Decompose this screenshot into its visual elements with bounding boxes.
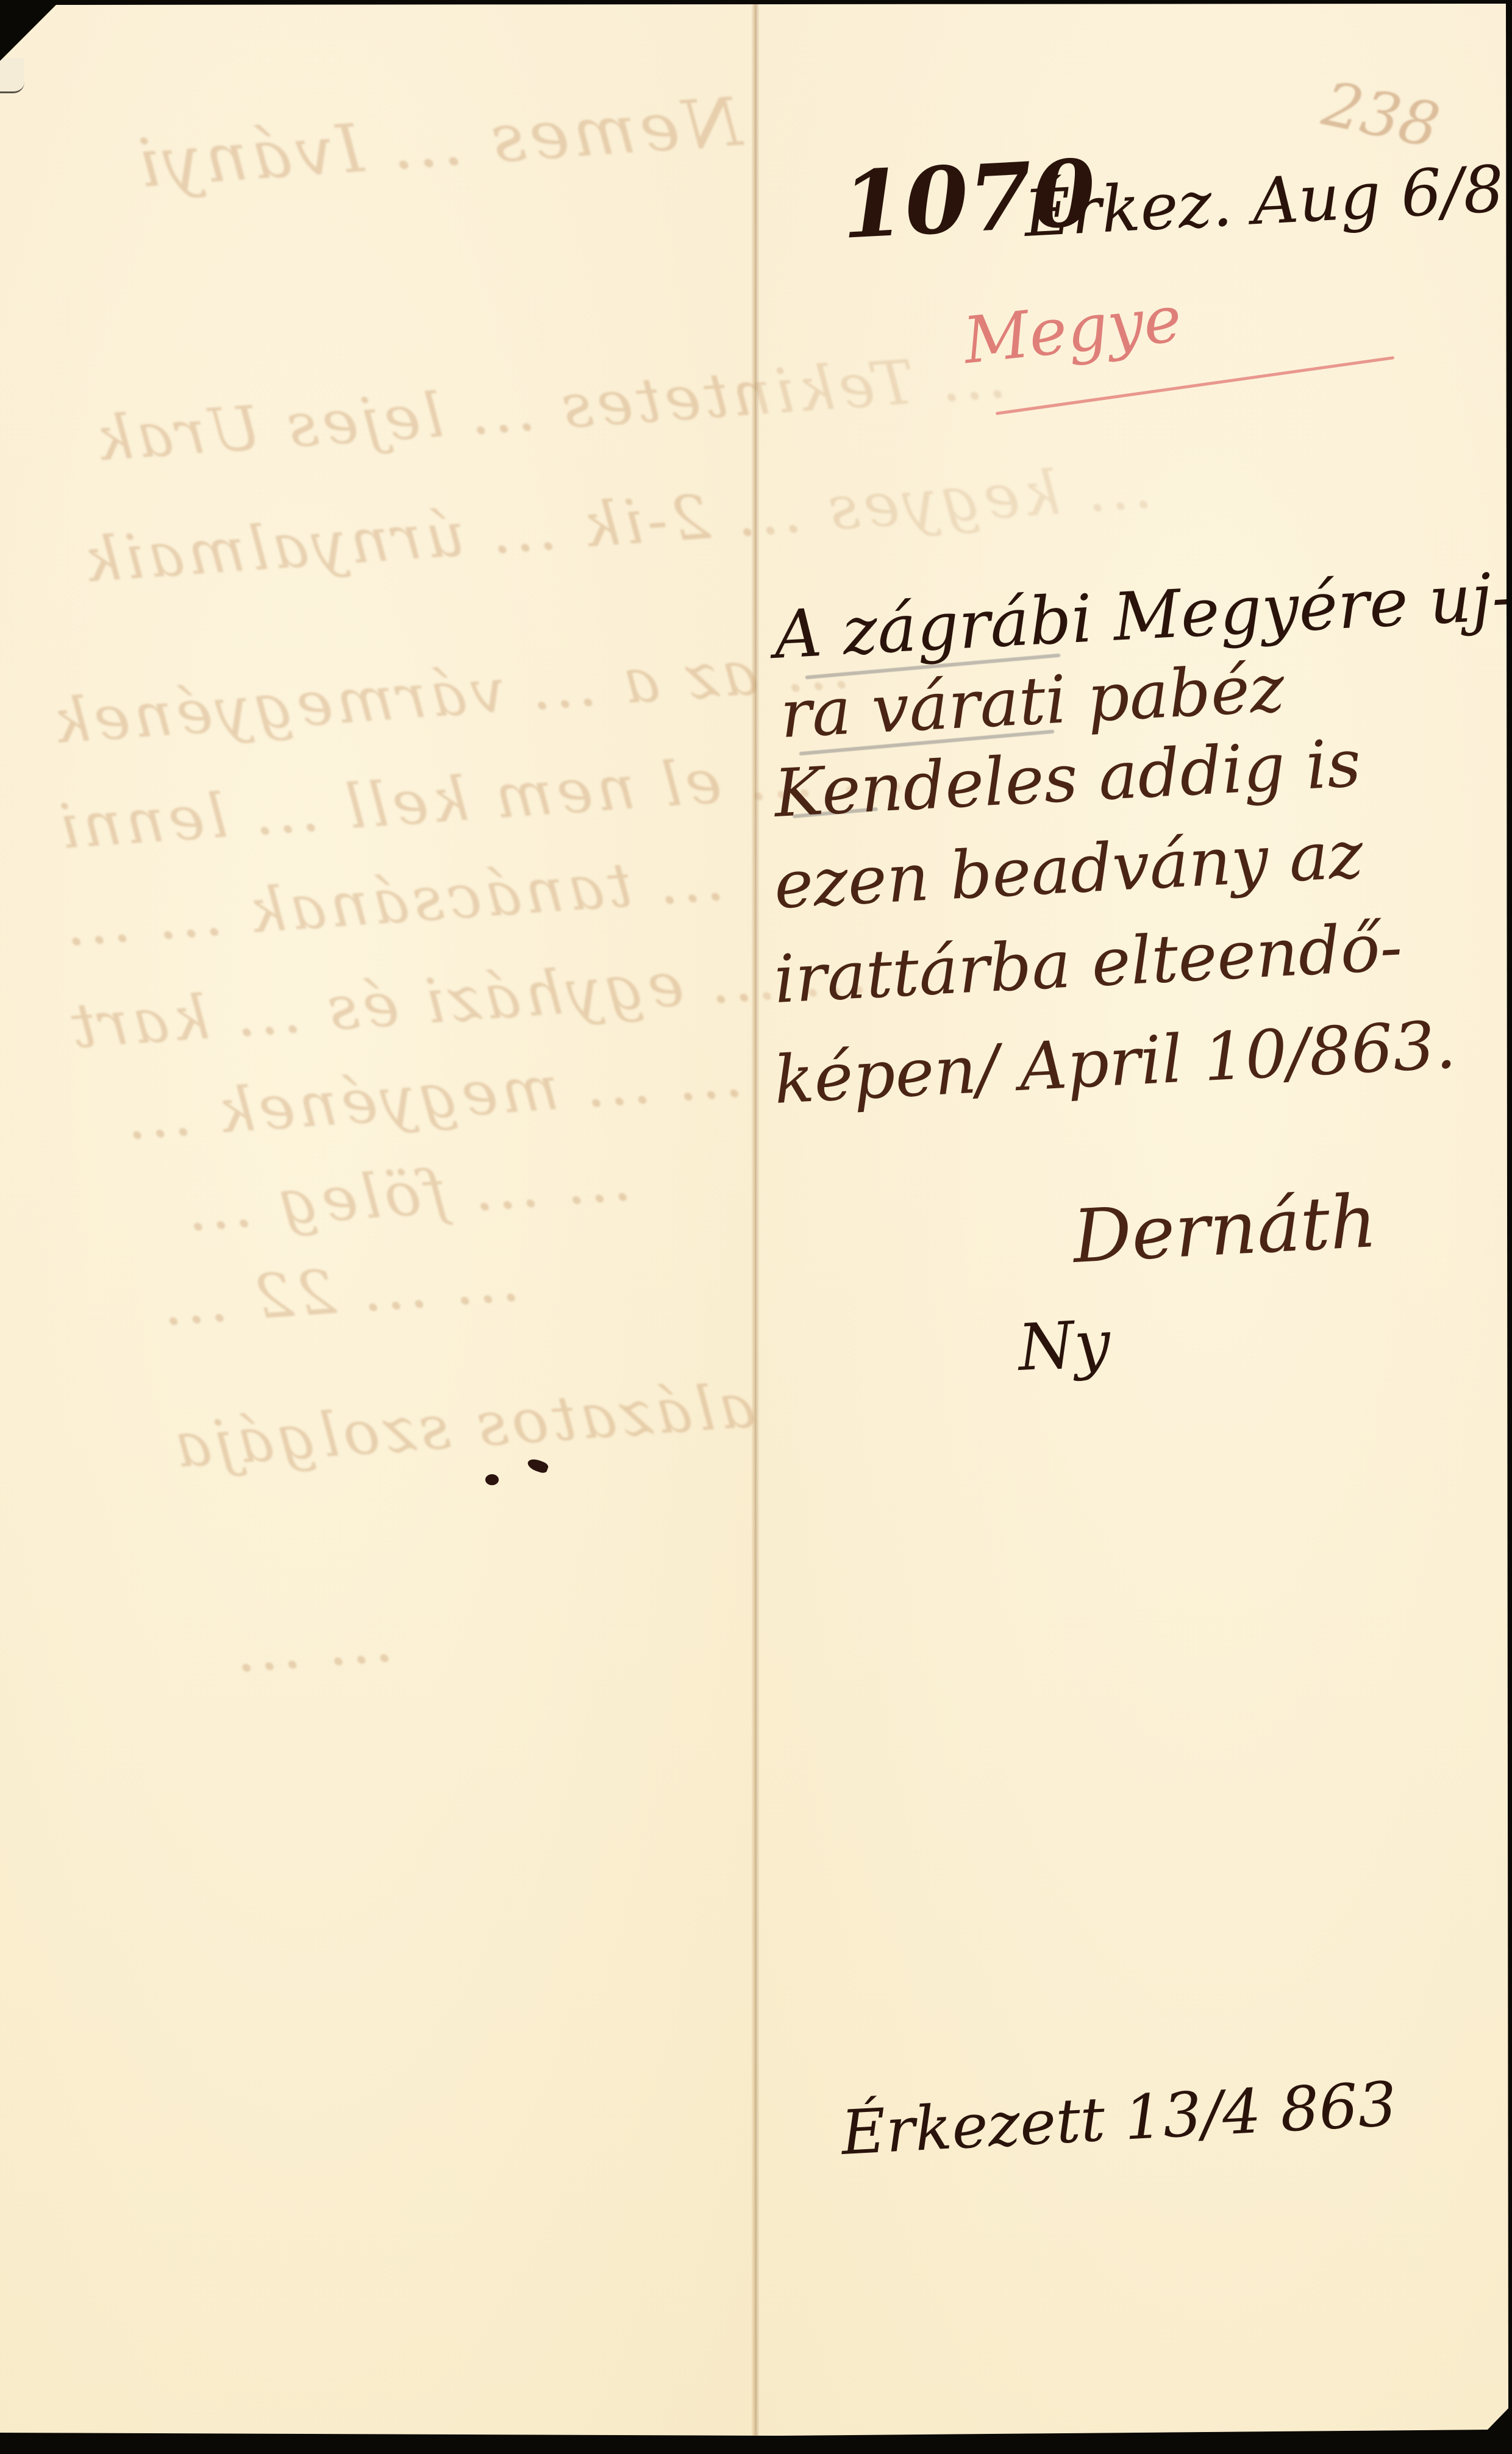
bleed-line: ... az a ... vármegyének bbox=[48, 630, 853, 757]
bleed-line: ... tanácsának ... ... bbox=[59, 843, 726, 960]
ink-blot bbox=[526, 1457, 549, 1475]
bleed-line: ... ... megyének ... bbox=[120, 1040, 745, 1154]
bleed-line: ... ... egyházi és ... kart bbox=[66, 935, 870, 1062]
archive-number-faint: 238 bbox=[1317, 68, 1446, 162]
bleed-line: ... ... bbox=[229, 1604, 395, 1686]
resolution-line-1: A zágrábi Megyére uj- bbox=[772, 559, 1512, 674]
resolution-line-6: képen/ April 10/863. bbox=[772, 1007, 1458, 1119]
bleed-line: ... ... 22 ... bbox=[157, 1243, 522, 1339]
registry-received-date: Érkez. Aug 6/863 bbox=[1022, 148, 1512, 251]
red-pencil-note: Megye bbox=[960, 282, 1185, 379]
resolution-line-5: irattárba elteendő- bbox=[772, 909, 1404, 1018]
right-panel: 238 1070 Érkez. Aug 6/863 Megye A zágráb… bbox=[756, 0, 1512, 2454]
resolution-line-4: ezen beadvány az bbox=[772, 816, 1365, 923]
received-note: Érkezett 13/4 863 bbox=[840, 2068, 1399, 2169]
ink-blot bbox=[485, 1474, 499, 1485]
bleed-line: ... ... föleg ... bbox=[181, 1143, 633, 1245]
document-sheet: Nemes ... Iványi ... Tekintetes ... leje… bbox=[0, 0, 1512, 2454]
initial-mark: Ny bbox=[1016, 1306, 1112, 1385]
signature: Dernáth bbox=[1071, 1179, 1379, 1280]
left-panel: Nemes ... Iványi ... Tekintetes ... leje… bbox=[0, 0, 756, 2454]
bleed-line: Nemes ... Iványi bbox=[132, 82, 744, 202]
bleed-line: alázatos szolgája bbox=[169, 1370, 757, 1482]
